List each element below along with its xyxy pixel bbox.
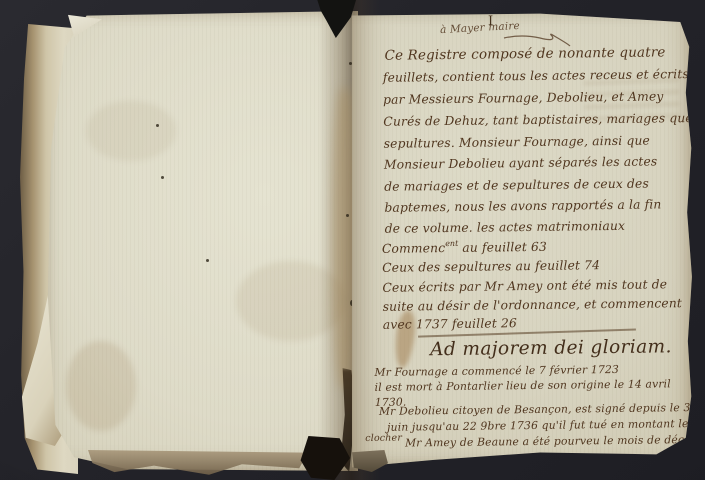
- manuscript-line: Monsieur Debolieu ayant séparés les acte…: [384, 154, 658, 171]
- scanned-register-photo: I à Mayer maire Ce Registre composé de n…: [0, 0, 705, 480]
- left-blank-page: [46, 11, 358, 471]
- manuscript-line: de mariages et de sepultures de ceux des: [384, 177, 649, 194]
- inserted-word-clocher: clocher: [365, 433, 402, 444]
- torn-paper-fragment: [88, 450, 308, 476]
- manuscript-line: baptemes, nous les avons rapportés a la …: [384, 197, 661, 214]
- manuscript-line: Curés de Dehuz, tant baptistaires, maria…: [383, 111, 693, 129]
- section-heading: Ad majorem dei gloriam.: [430, 336, 672, 360]
- word-commenc: Commenc: [382, 241, 445, 256]
- manuscript-line: Ce Registre composé de nonante quatre: [384, 44, 665, 63]
- manuscript-line: Mr Fournage a commencé le 7 février 1723: [374, 363, 619, 379]
- manuscript-line: avec 1737 feuillet 26: [383, 316, 517, 332]
- manuscript-line: sepultures. Monsieur Fournage, ainsi que: [384, 134, 650, 151]
- manuscript-line: il est mort à Pontarlier lieu de son ori…: [375, 377, 671, 394]
- manuscript-line: Ceux écrits par Mr Amey ont été mis tout…: [382, 277, 667, 294]
- ink-speck: [161, 176, 164, 179]
- binding-speck: [349, 62, 352, 65]
- manuscript-line: Ceux des sepultures au feuillet 74: [382, 258, 600, 275]
- binding-speck: [346, 214, 349, 217]
- amey-final-line: Mr Amey de Beaune a été pourveu le mois …: [405, 433, 705, 450]
- manuscript-text-block: Ce Registre composé de nonante quatre fe…: [368, 36, 693, 470]
- right-manuscript-page: I à Mayer maire Ce Registre composé de n…: [352, 10, 694, 470]
- ink-speck: [206, 259, 209, 262]
- ink-speck: [156, 124, 159, 127]
- manuscript-line: clocherMr Amey de Beaune a été pourveu l…: [365, 433, 705, 450]
- manuscript-line: de ce volume. les actes matrimoniaux: [385, 219, 626, 236]
- manuscript-line: Mr Debolieu citoyen de Besançon, est sig…: [379, 401, 698, 418]
- paper-stain: [66, 341, 136, 431]
- feuillet-63: au feuillet 63: [458, 240, 547, 255]
- manuscript-line: suite au désir de l'ordonnance, et comme…: [383, 296, 682, 314]
- manuscript-line: feuillets, contient tous les actes receu…: [383, 67, 689, 85]
- paper-stain: [86, 101, 176, 161]
- manuscript-line: Commencent au feuillet 63: [382, 238, 547, 256]
- manuscript-line: juin jusqu'au 22 9bre 1736 qu'il fut tué…: [387, 417, 689, 434]
- superscript-ent: ent: [445, 239, 458, 248]
- manuscript-line: par Messieurs Fournage, Debolieu, et Ame…: [383, 89, 663, 106]
